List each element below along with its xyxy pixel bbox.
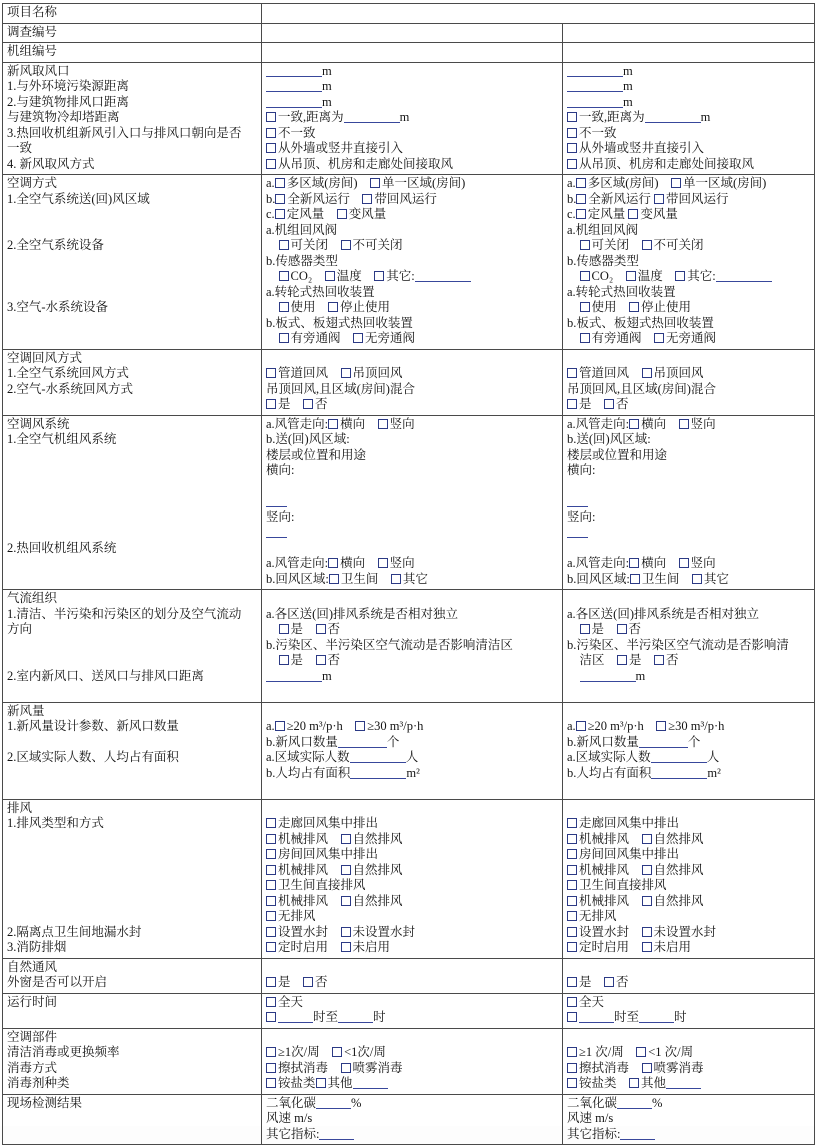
blank-field[interactable] — [266, 494, 287, 507]
blank-field[interactable] — [651, 750, 707, 763]
text-line: c.定风量 变风量 — [266, 207, 560, 223]
checkbox[interactable] — [370, 178, 380, 188]
text-line: ≥1 次/周 <1 次/周 — [567, 1045, 812, 1061]
text-line: 风速 m/s — [567, 1111, 812, 1127]
blank-field[interactable] — [338, 735, 387, 748]
text-line: 楼层或位置和用途 — [266, 448, 560, 464]
text-line: m — [567, 79, 812, 95]
label-cell: 调查编号 — [3, 23, 262, 43]
checkbox[interactable] — [378, 558, 388, 568]
text-line: 项目名称 — [7, 5, 259, 21]
table-row-fresh-air-intake: 新风取风口1.与外环境污染源距离2.与建筑物排风口距离与建筑物冷却塔距离3.热回… — [3, 62, 815, 175]
checkbox[interactable] — [341, 942, 351, 952]
table-row-survey-number: 调查编号 — [3, 23, 815, 43]
label-cell: 空调方式1.全空气系统送(回)风区域 2.全空气系统设备 3.空气-水系统设备 — [3, 175, 262, 350]
text-line: a.≥20 m³/p·h ≥30 m³/p·h — [567, 719, 812, 735]
text-line: 清洁消毒或更换频率 — [7, 1045, 259, 1061]
checkbox[interactable] — [629, 419, 639, 429]
text-line: 洁区 是 否 — [567, 653, 812, 669]
checkbox[interactable] — [567, 896, 577, 906]
text-line: 与建筑物冷却塔距离 — [7, 110, 259, 126]
checkbox[interactable] — [266, 997, 276, 1007]
label-cell: 气流组织1.清洁、半污染和污染区的划分及空气流动方向 2.室内新风口、送风口与排… — [3, 590, 262, 703]
text-line: a.多区域(房间) 单一区域(房间) — [567, 176, 812, 192]
blank-field[interactable] — [266, 669, 322, 682]
blank-field[interactable] — [350, 766, 406, 779]
value-cell — [563, 43, 815, 63]
checkbox[interactable] — [362, 194, 372, 204]
text-line: 使用 停止使用 — [567, 300, 812, 316]
checkbox[interactable] — [316, 1078, 326, 1088]
checkbox[interactable] — [378, 419, 388, 429]
checkbox[interactable] — [617, 624, 627, 634]
blank-field[interactable] — [567, 494, 588, 507]
table-row-fresh-air-volume: 新风量1.新风量设计参数、新风口数量 2.区域实际人数、人均占有面积 a.≥20… — [3, 702, 815, 799]
text-line: 全天 — [567, 995, 812, 1011]
spacer-line — [7, 781, 259, 797]
checkbox[interactable] — [642, 865, 652, 875]
text-line: 是 否 — [266, 622, 560, 638]
checkbox[interactable] — [567, 911, 577, 921]
table-row-airflow-organization: 气流组织1.清洁、半污染和污染区的划分及空气流动方向 2.室内新风口、送风口与排… — [3, 590, 815, 703]
text-line: 机械排风 自然排风 — [567, 863, 812, 879]
checkbox[interactable] — [567, 1047, 577, 1057]
value-cell: a.≥20 m³/p·h ≥30 m³/p·hb.新风口数量个a.区域实际人数人… — [262, 702, 563, 799]
spacer-line — [7, 556, 259, 572]
text-line: m — [266, 64, 560, 80]
text-line: b.送(回)风区域: — [567, 432, 812, 448]
text-line: 是 否 — [266, 653, 560, 669]
checkbox[interactable] — [580, 240, 590, 250]
checkbox[interactable] — [567, 1012, 577, 1022]
checkbox[interactable] — [604, 977, 614, 987]
text-line: 房间回风集中排出 — [266, 847, 560, 863]
blank-field[interactable] — [651, 766, 707, 779]
table-row-exhaust: 排风1.排风类型和方式 2.隔离点卫生间地漏水封3.消防排烟 走廊回风集中排出机… — [3, 799, 815, 958]
text-line: 3.空气-水系统设备 — [7, 300, 259, 316]
blank-field[interactable] — [580, 669, 636, 682]
checkbox[interactable] — [642, 1063, 652, 1073]
checkbox[interactable] — [355, 721, 365, 731]
checkbox[interactable] — [266, 818, 276, 828]
checkbox[interactable] — [567, 818, 577, 828]
checkbox[interactable] — [266, 880, 276, 890]
text-line: a.风管走向:横向 竖向 — [567, 556, 812, 572]
text-line: a.风管走向:横向 竖向 — [567, 417, 812, 433]
blank-field[interactable] — [319, 1127, 354, 1140]
checkbox[interactable] — [576, 209, 586, 219]
checkbox[interactable] — [656, 721, 666, 731]
text-line: c.定风量 变风量 — [567, 207, 812, 223]
text-line: 房间回风集中排出 — [567, 847, 812, 863]
text-line: 空调方式 — [7, 176, 259, 192]
text-line: 新风量 — [7, 704, 259, 720]
spacer-line — [266, 591, 560, 607]
text-line: a.机组回风阀 — [266, 223, 560, 239]
spacer-line — [266, 684, 560, 700]
table-row-ac-air-system: 空调风系统1.全空气机组风系统 2.热回收机组风系统 a.风管走向:横向 竖向b… — [3, 415, 815, 590]
checkbox[interactable] — [567, 849, 577, 859]
checkbox[interactable] — [316, 655, 326, 665]
text-line: 气流组织 — [7, 591, 259, 607]
spacer-line — [266, 960, 560, 976]
checkbox[interactable] — [636, 1047, 646, 1057]
table-row-ac-mode: 空调方式1.全空气系统送(回)风区域 2.全空气系统设备 3.空气-水系统设备 … — [3, 175, 815, 350]
spacer-line — [7, 878, 259, 894]
checkbox[interactable] — [567, 865, 577, 875]
value-cell: a.各区送(回)排风系统是否相对独立 是 否b.污染区、半污染区空气流动是否影响… — [262, 590, 563, 703]
blank-field[interactable] — [716, 269, 772, 282]
text-line: CO₂ 温度 其它: — [567, 269, 812, 285]
checkbox[interactable] — [275, 178, 285, 188]
text-line: 1.与外环境污染源距离 — [7, 79, 259, 95]
text-line: b.板式、板翅式热回收装置 — [567, 316, 812, 332]
text-line: 风速 m/s — [266, 1111, 560, 1127]
text-line: 从外墙或竖井直接引入 — [567, 141, 812, 157]
checkbox[interactable] — [275, 209, 285, 219]
checkbox[interactable] — [576, 194, 586, 204]
checkbox[interactable] — [316, 624, 326, 634]
checkbox[interactable] — [328, 419, 338, 429]
spacer-line — [7, 832, 259, 848]
checkbox[interactable] — [266, 112, 276, 122]
spacer-line — [7, 254, 259, 270]
text-line — [266, 494, 560, 510]
text-line: 铵盐类 其他 — [567, 1076, 812, 1092]
text-line: 2.与建筑物排风口距离 — [7, 95, 259, 111]
checkbox[interactable] — [266, 927, 276, 937]
blank-field[interactable] — [567, 64, 623, 77]
blank-field[interactable] — [620, 1127, 655, 1140]
spacer-line — [567, 781, 812, 797]
table-row-site-test-results: 现场检测结果二氧化碳%风速 m/s其它指标:二氧化碳%风速 m/s其它指标: — [3, 1094, 815, 1145]
checkbox[interactable] — [266, 834, 276, 844]
checkbox[interactable] — [604, 399, 614, 409]
checkbox[interactable] — [341, 834, 351, 844]
checkbox[interactable] — [675, 271, 685, 281]
checkbox[interactable] — [341, 1063, 351, 1073]
blank-field[interactable] — [344, 110, 400, 123]
checkbox[interactable] — [266, 368, 276, 378]
checkbox[interactable] — [391, 574, 401, 584]
blank-field[interactable] — [415, 269, 471, 282]
blank-field[interactable] — [278, 1010, 313, 1023]
checkbox[interactable] — [629, 302, 639, 312]
checkbox[interactable] — [567, 368, 577, 378]
text-line: b.污染区、半污染区空气流动是否影响清 — [567, 638, 812, 654]
blank-field[interactable] — [266, 64, 322, 77]
text-line: a.区域实际人数人 — [266, 750, 560, 766]
checkbox[interactable] — [576, 178, 586, 188]
text-line: 机械排风 自然排风 — [266, 863, 560, 879]
table-row-project-name: 项目名称 — [3, 4, 815, 24]
label-cell: 现场检测结果 — [3, 1094, 262, 1145]
checkbox[interactable] — [567, 927, 577, 937]
text-line: 横向: — [567, 463, 812, 479]
label-cell: 空调部件清洁消毒或更换频率消毒方式消毒剂种类 — [3, 1028, 262, 1094]
text-line: m — [266, 95, 560, 111]
blank-field[interactable] — [579, 1010, 614, 1023]
text-line: 运行时间 — [7, 995, 259, 1011]
checkbox[interactable] — [629, 1078, 639, 1088]
checkbox[interactable] — [266, 911, 276, 921]
checkbox[interactable] — [266, 896, 276, 906]
text-line: 空调风系统 — [7, 417, 259, 433]
checkbox[interactable] — [337, 209, 347, 219]
value-cell — [262, 43, 563, 63]
checkbox[interactable] — [341, 896, 351, 906]
checkbox[interactable] — [642, 927, 652, 937]
text-line: 不一致 — [266, 126, 560, 142]
blank-field[interactable] — [639, 735, 688, 748]
text-line: 方向 — [7, 622, 259, 638]
checkbox[interactable] — [341, 927, 351, 937]
checkbox[interactable] — [567, 143, 577, 153]
checkbox[interactable] — [303, 977, 313, 987]
text-line: 从外墙或竖井直接引入 — [266, 141, 560, 157]
checkbox[interactable] — [567, 977, 577, 987]
spacer-line — [567, 25, 812, 41]
spacer-line — [7, 572, 259, 588]
text-line: 走廊回风集中排出 — [266, 816, 560, 832]
spacer-line — [567, 44, 812, 60]
checkbox[interactable] — [353, 333, 363, 343]
text-line: 擦拭消毒 喷雾消毒 — [266, 1061, 560, 1077]
checkbox[interactable] — [341, 865, 351, 875]
checkbox[interactable] — [580, 624, 590, 634]
text-line: b.人均占有面积m² — [567, 766, 812, 782]
value-cell: 全天时至时 — [262, 993, 563, 1028]
blank-field[interactable] — [645, 110, 701, 123]
checkbox[interactable] — [671, 178, 681, 188]
checkbox[interactable] — [279, 240, 289, 250]
checkbox[interactable] — [266, 977, 276, 987]
spacer-line — [7, 207, 259, 223]
checkbox[interactable] — [279, 624, 289, 634]
text-line: 机械排风 自然排风 — [266, 894, 560, 910]
checkbox[interactable] — [266, 849, 276, 859]
checkbox[interactable] — [567, 1063, 577, 1073]
checkbox[interactable] — [654, 194, 664, 204]
text-line: 从吊顶、机房和走廊处间接取风 — [567, 157, 812, 173]
label-cell: 新风取风口1.与外环境污染源距离2.与建筑物排风口距离与建筑物冷却塔距离3.热回… — [3, 62, 262, 175]
text-line: 管道回风 吊顶回风 — [567, 366, 812, 382]
checkbox[interactable] — [279, 271, 289, 281]
text-line: 2.室内新风口、送风口与排风口距离 — [7, 669, 259, 685]
table-row-operating-hours: 运行时间全天时至时全天时至时 — [3, 993, 815, 1028]
label-cell: 机组编号 — [3, 43, 262, 63]
checkbox[interactable] — [332, 1047, 342, 1057]
checkbox[interactable] — [266, 865, 276, 875]
text-line: 2.隔离点卫生间地漏水封 — [7, 925, 259, 941]
blank-field[interactable] — [338, 1010, 373, 1023]
checkbox[interactable] — [329, 574, 339, 584]
text-line: 是 否 — [567, 622, 812, 638]
checkbox[interactable] — [617, 655, 627, 665]
spacer-line — [567, 351, 812, 367]
text-line: m — [567, 95, 812, 111]
value-cell: 管道回风 吊顶回风吊顶回风,且区域(房间)混合是 否 — [262, 349, 563, 415]
spacer-line — [567, 801, 812, 817]
spacer-line — [567, 541, 812, 557]
text-line: CO₂ 温度 其它: — [266, 269, 560, 285]
text-line: 设置水封 未设置水封 — [266, 925, 560, 941]
checkbox[interactable] — [567, 112, 577, 122]
checkbox[interactable] — [266, 1078, 276, 1088]
checkbox[interactable] — [567, 880, 577, 890]
checkbox[interactable] — [266, 942, 276, 952]
checkbox[interactable] — [325, 271, 335, 281]
spacer-line — [7, 863, 259, 879]
spacer-line — [7, 735, 259, 751]
blank-field[interactable] — [266, 79, 322, 92]
checkbox[interactable] — [642, 896, 652, 906]
text-line: 竖向: — [266, 510, 560, 526]
blank-field[interactable] — [617, 1096, 652, 1109]
text-line: 其它指标: — [567, 1127, 812, 1143]
checkbox[interactable] — [567, 997, 577, 1007]
checkbox[interactable] — [266, 1063, 276, 1073]
text-line: 消毒剂种类 — [7, 1076, 259, 1092]
value-cell: 全天时至时 — [563, 993, 815, 1028]
checkbox[interactable] — [642, 240, 652, 250]
checkbox[interactable] — [642, 834, 652, 844]
spacer-line — [7, 653, 259, 669]
checkbox[interactable] — [628, 209, 638, 219]
label-cell: 新风量1.新风量设计参数、新风口数量 2.区域实际人数、人均占有面积 — [3, 702, 262, 799]
checkbox[interactable] — [567, 942, 577, 952]
checkbox[interactable] — [567, 834, 577, 844]
text-line: 有旁通阀 无旁通阀 — [266, 331, 560, 347]
spacer-line — [7, 223, 259, 239]
blank-field[interactable] — [266, 95, 322, 108]
text-line: m — [567, 64, 812, 80]
text-line: 1.全空气机组风系统 — [7, 432, 259, 448]
checkbox[interactable] — [275, 721, 285, 731]
checkbox[interactable] — [654, 655, 664, 665]
checkbox[interactable] — [679, 419, 689, 429]
text-line: a.机组回风阀 — [567, 223, 812, 239]
blank-field[interactable] — [639, 1010, 674, 1023]
blank-field[interactable] — [666, 1076, 701, 1089]
text-line — [567, 494, 812, 510]
text-line: 不一致 — [567, 126, 812, 142]
text-line: ≥1次/周 <1次/周 — [266, 1045, 560, 1061]
text-line: 2.全空气系统设备 — [7, 238, 259, 254]
spacer-line — [266, 25, 560, 41]
text-line: b.全新风运行 带回风运行 — [567, 192, 812, 208]
checkbox[interactable] — [266, 159, 276, 169]
text-line: 是 否 — [266, 975, 560, 991]
value-cell: a.风管走向:横向 竖向b.送(回)风区域:楼层或位置和用途横向: 竖向: a.… — [563, 415, 815, 590]
text-line: 二氧化碳% — [567, 1096, 812, 1112]
checkbox[interactable] — [567, 399, 577, 409]
blank-field[interactable] — [350, 750, 406, 763]
label-cell: 空调风系统1.全空气机组风系统 2.热回收机组风系统 — [3, 415, 262, 590]
text-line: 定时启用 未启用 — [567, 940, 812, 956]
checkbox[interactable] — [654, 333, 664, 343]
text-line: a.各区送(回)排风系统是否相对独立 — [567, 607, 812, 623]
checkbox[interactable] — [580, 302, 590, 312]
blank-field[interactable] — [567, 525, 588, 538]
checkbox[interactable] — [567, 1078, 577, 1088]
checkbox[interactable] — [275, 194, 285, 204]
checkbox[interactable] — [279, 655, 289, 665]
spacer-line — [7, 847, 259, 863]
checkbox[interactable] — [328, 302, 338, 312]
text-line: 使用 停止使用 — [266, 300, 560, 316]
checkbox[interactable] — [630, 574, 640, 584]
text-line: 吊顶回风,且区域(房间)混合 — [567, 382, 812, 398]
checkbox[interactable] — [580, 271, 590, 281]
checkbox[interactable] — [629, 558, 639, 568]
checkbox[interactable] — [679, 558, 689, 568]
blank-field[interactable] — [266, 525, 287, 538]
text-line: 新风取风口 — [7, 64, 259, 80]
checkbox[interactable] — [279, 333, 289, 343]
blank-field[interactable] — [567, 79, 623, 92]
text-line: 横向: — [266, 463, 560, 479]
spacer-line — [7, 463, 259, 479]
checkbox[interactable] — [279, 302, 289, 312]
text-line: a.转轮式热回收装置 — [266, 285, 560, 301]
checkbox[interactable] — [266, 128, 276, 138]
spacer-line — [266, 44, 560, 60]
text-line: 设置水封 未设置水封 — [567, 925, 812, 941]
spacer-line — [7, 448, 259, 464]
text-line: 排风 — [7, 801, 259, 817]
text-line: b.板式、板翅式热回收装置 — [266, 316, 560, 332]
checkbox[interactable] — [692, 574, 702, 584]
text-line: b.回风区域:卫生间 其它 — [567, 572, 812, 588]
checkbox[interactable] — [576, 721, 586, 731]
spacer-line — [7, 479, 259, 495]
value-cell: a.多区域(房间) 单一区域(房间)b.全新风运行 带回风运行c.定风量 变风量… — [262, 175, 563, 350]
text-line: 1.全空气系统送(回)风区域 — [7, 192, 259, 208]
checkbox[interactable] — [341, 368, 351, 378]
text-line: 可关闭 不可关闭 — [567, 238, 812, 254]
checkbox[interactable] — [567, 128, 577, 138]
text-line — [567, 525, 812, 541]
checkbox[interactable] — [642, 942, 652, 952]
text-line: b.全新风运行 带回风运行 — [266, 192, 560, 208]
text-line: m — [266, 79, 560, 95]
checkbox[interactable] — [580, 333, 590, 343]
blank-field[interactable] — [353, 1076, 388, 1089]
checkbox[interactable] — [266, 399, 276, 409]
checkbox[interactable] — [266, 1047, 276, 1057]
checkbox[interactable] — [642, 368, 652, 378]
checkbox[interactable] — [266, 143, 276, 153]
blank-field[interactable] — [567, 95, 623, 108]
checkbox[interactable] — [374, 271, 384, 281]
checkbox[interactable] — [341, 240, 351, 250]
survey-form-page: 项目名称 调查编号 机组编号 新风取风口1.与外环境污染源距离2.与建筑物排风口… — [0, 0, 816, 1126]
spacer-line — [266, 351, 560, 367]
checkbox[interactable] — [266, 1012, 276, 1022]
checkbox[interactable] — [567, 159, 577, 169]
text-line: 定时启用 未启用 — [266, 940, 560, 956]
value-cell — [262, 4, 815, 24]
spacer-line — [7, 494, 259, 510]
text-line: a.风管走向:横向 竖向 — [266, 417, 560, 433]
blank-field[interactable] — [316, 1096, 351, 1109]
checkbox[interactable] — [303, 399, 313, 409]
text-line: 铵盐类其他 — [266, 1076, 560, 1092]
text-line: 无排风 — [266, 909, 560, 925]
checkbox[interactable] — [328, 558, 338, 568]
checkbox[interactable] — [626, 271, 636, 281]
